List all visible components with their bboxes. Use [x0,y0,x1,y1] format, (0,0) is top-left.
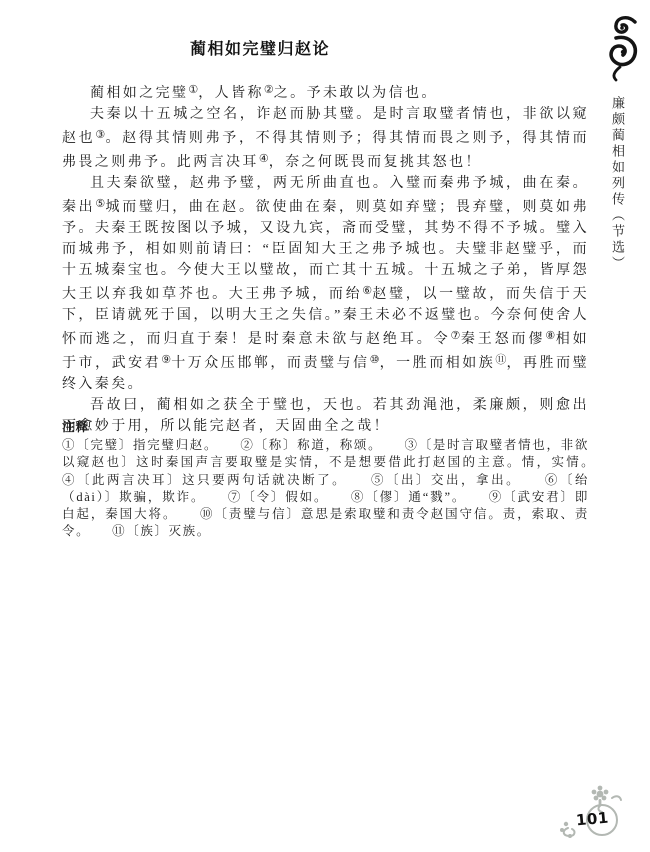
footnote-ref: ⑥ [362,285,372,297]
page-footer: 101 [554,784,644,846]
essay-body: 蔺相如之完璧①，人皆称②之。予未敢以为信也。夫秦以十五城之空名，诈赵而胁其璧。是… [62,80,589,437]
footnote-ref: ⑦ [451,330,461,342]
note-item: ⑧〔僇〕通“戮”。 [351,490,460,504]
notes-header: 注释 [62,418,589,435]
essay-paragraph: 且夫秦欲璧，赵弗予璧，两无所曲直也。入璧而秦弗予城，曲在秦。秦出⑤城而璧归，曲在… [62,173,589,395]
footnote-ref: ⑩ [370,354,380,366]
footnote-ref: ⑪ [495,354,506,366]
margin-chapter-label: 廉颇蔺相如列传（节选） [608,96,627,296]
notes-body: ①〔完璧〕指完璧归赵。 ②〔称〕称道，称颂。 ③〔是时言取璧者情也，非欲以窥赵也… [62,437,589,540]
footnote-ref: ③ [95,129,105,141]
book-page: 蔺相如完璧归赵论 廉颇蔺相如列传（节选） 蔺相如之完璧①，人皆称②之。予未敢以为… [0,0,650,852]
footnote-ref: ① [188,84,198,96]
footnote-ref: ⑧ [545,330,555,342]
corner-flourish-icon [601,14,641,82]
note-item: ②〔称〕称道，称颂。 [240,438,376,452]
notes-section: 注释 ①〔完璧〕指完璧归赵。 ②〔称〕称道，称颂。 ③〔是时言取璧者情也，非欲以… [62,418,589,540]
footnote-ref: ⑨ [161,354,171,366]
footnote-ref: ⑤ [95,198,105,210]
note-item: ⑤〔出〕交出，拿出。 [371,473,515,487]
note-item: ⑪〔族〕灭族。 [112,524,211,538]
page-number: 101 [575,809,609,830]
note-item: ①〔完璧〕指完璧归赵。 [62,438,212,452]
note-item: ⑦〔令〕假如。 [228,490,322,504]
essay-paragraph: 夫秦以十五城之空名，诈赵而胁其璧。是时言取璧者情也，非欲以窥赵也③。赵得其情则弗… [62,104,589,173]
footnote-ref: ② [264,84,274,96]
footnote-ref: ④ [259,153,269,165]
page-title: 蔺相如完璧归赵论 [190,36,330,59]
note-item: ④〔此两言决耳〕这只要两句话就决断了。 [62,473,341,487]
essay-paragraph: 蔺相如之完璧①，人皆称②之。予未敢以为信也。 [62,80,589,104]
